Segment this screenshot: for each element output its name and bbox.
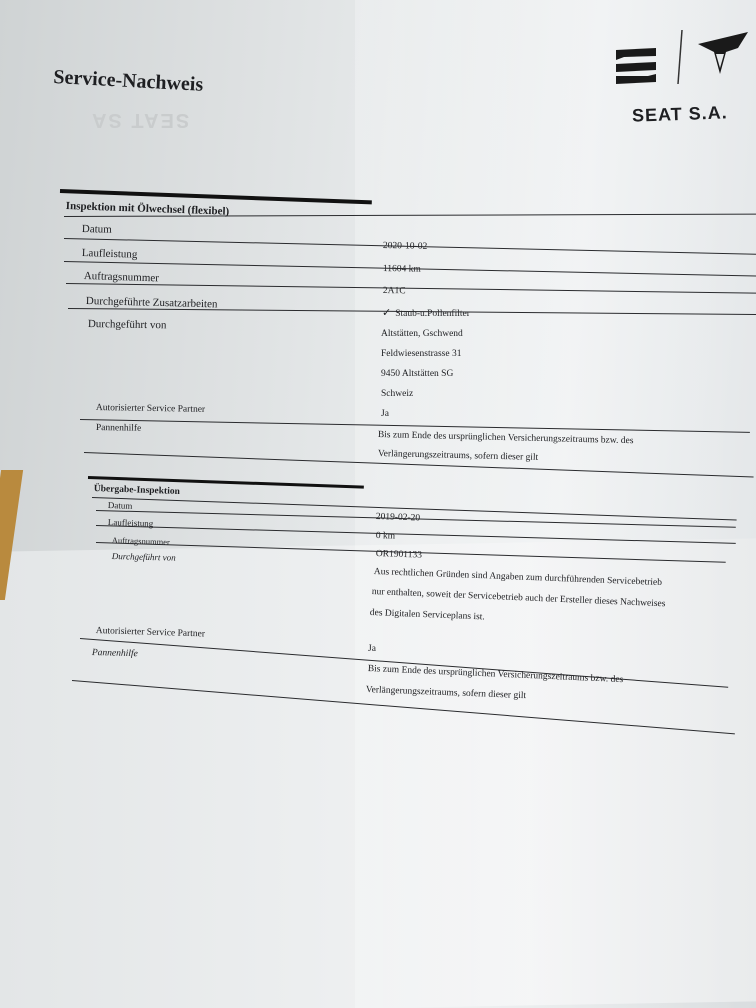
row-value-address-line-3: 9450 Altstätten SG — [381, 369, 453, 379]
row-value-address-line-4: Schweiz — [381, 389, 413, 399]
row-label-pannenhilfe: Pannenhilfe — [96, 423, 142, 434]
row-label-datum: Datum — [82, 223, 112, 236]
row-label-laufleistung: Laufleistung — [82, 247, 138, 261]
row-label-durchgefuehrt-von: Durchgeführt von — [88, 318, 167, 331]
brand-company-name: SEAT S.A. — [632, 102, 728, 126]
row-value-address-line-2: Feldwiesenstrasse 31 — [381, 349, 461, 359]
row-label-service-partner: Autorisierter Service Partner — [96, 403, 205, 415]
checkmark-icon: ✓ — [382, 306, 391, 319]
row-label-datum-2: Datum — [108, 500, 133, 511]
row-value-service-partner-2: Ja — [368, 644, 376, 654]
row-label-durchgefuehrt-von-2: Durchgeführt von — [112, 551, 176, 563]
row-label-pannenhilfe-2: Pannenhilfe — [92, 648, 138, 659]
row-value-zusatzarbeiten: ✓Staub-u.Pollenfilter — [382, 306, 470, 319]
row-value-service-partner: Ja — [381, 409, 389, 419]
row-label-auftragsnummer: Auftragsnummer — [84, 270, 159, 284]
seat-s-logo-icon — [616, 48, 656, 84]
cupra-logo-icon — [698, 32, 748, 74]
row-value-address-line-1: Altstätten, Gschwend — [381, 329, 463, 339]
logo-divider — [678, 30, 682, 84]
row-label-auftragsnummer-2: Auftragsnummer — [112, 535, 170, 547]
show-through-text: SEAT SA — [90, 108, 189, 131]
paper-fold-shade — [355, 0, 756, 1008]
